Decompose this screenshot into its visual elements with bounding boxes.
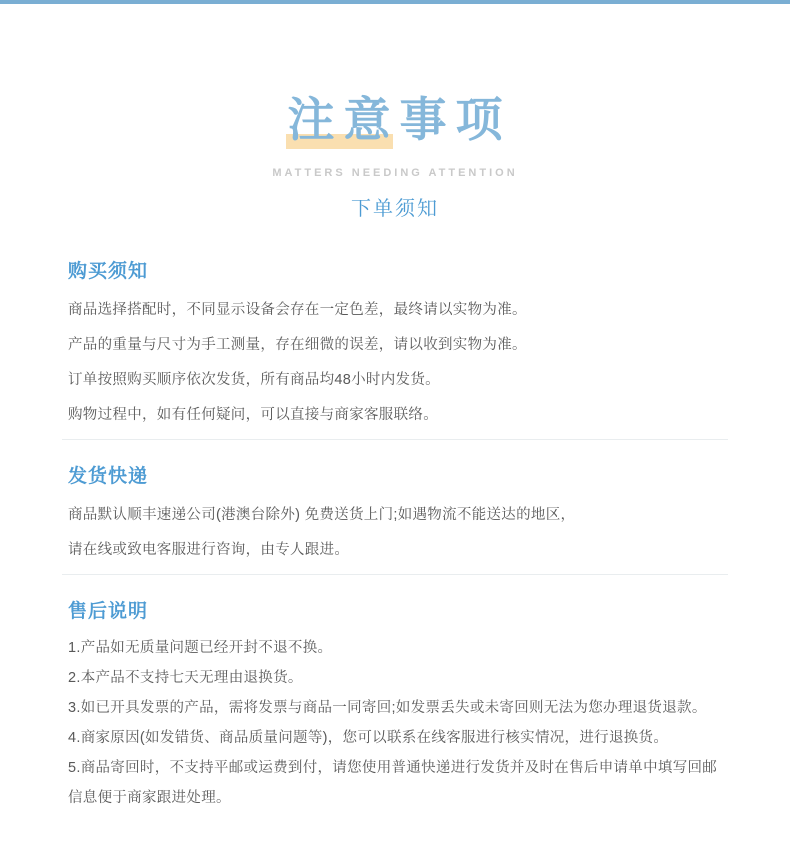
section-after-sales: 售后说明 1.产品如无质量问题已经开封不退不换。 2.本产品不支持七天无理由退换… [62, 601, 728, 813]
notice-content: 购买须知 商品选择搭配时，不同显示设备会存在一定色差，最终请以实物为准。 产品的… [62, 261, 728, 813]
body-line: 商品默认顺丰速递公司(港澳台除外) 免费送货上门;如遇物流不能送达的地区， [68, 498, 722, 533]
section-divider [62, 574, 728, 575]
body-line: 5.商品寄回时，不支持平邮或运费到付，请您使用普通快递进行发货并及时在售后申请单… [68, 753, 722, 813]
section-shipping: 发货快递 商品默认顺丰速递公司(港澳台除外) 免费送货上门;如遇物流不能送达的地… [62, 466, 728, 568]
top-accent-bar [0, 0, 790, 4]
body-line: 1.产品如无质量问题已经开封不退不换。 [68, 633, 722, 663]
section-heading: 购买须知 [68, 261, 722, 283]
body-line: 3.如已开具发票的产品，需将发票与商品一同寄回;如发票丢失或未寄回则无法为您办理… [68, 693, 722, 723]
body-line: 请在线或致电客服进行咨询，由专人跟进。 [68, 533, 722, 568]
page-header: 注意事项 MATTERS NEEDING ATTENTION 下单须知 [0, 96, 790, 221]
section-heading: 发货快递 [68, 466, 722, 488]
page-title: 注意事项 [288, 96, 512, 143]
section-purchase-notes: 购买须知 商品选择搭配时，不同显示设备会存在一定色差，最终请以实物为准。 产品的… [62, 261, 728, 433]
body-line: 4.商家原因(如发错货、商品质量问题等)，您可以联系在线客服进行核实情况，进行退… [68, 723, 722, 753]
section-divider [62, 439, 728, 440]
subtitle-chinese: 下单须知 [0, 192, 790, 221]
body-line: 订单按照购买顺序依次发货，所有商品均48小时内发货。 [68, 363, 722, 398]
body-line: 产品的重量与尺寸为手工测量，存在细微的误差，请以收到实物为准。 [68, 328, 722, 363]
body-line: 购物过程中，如有任何疑问，可以直接与商家客服联络。 [68, 398, 722, 433]
body-line: 商品选择搭配时，不同显示设备会存在一定色差，最终请以实物为准。 [68, 293, 722, 328]
subtitle-english: MATTERS NEEDING ATTENTION [0, 167, 790, 179]
title-block: 注意事项 [288, 96, 503, 143]
section-heading: 售后说明 [68, 601, 722, 623]
body-line: 2.本产品不支持七天无理由退换货。 [68, 663, 722, 693]
